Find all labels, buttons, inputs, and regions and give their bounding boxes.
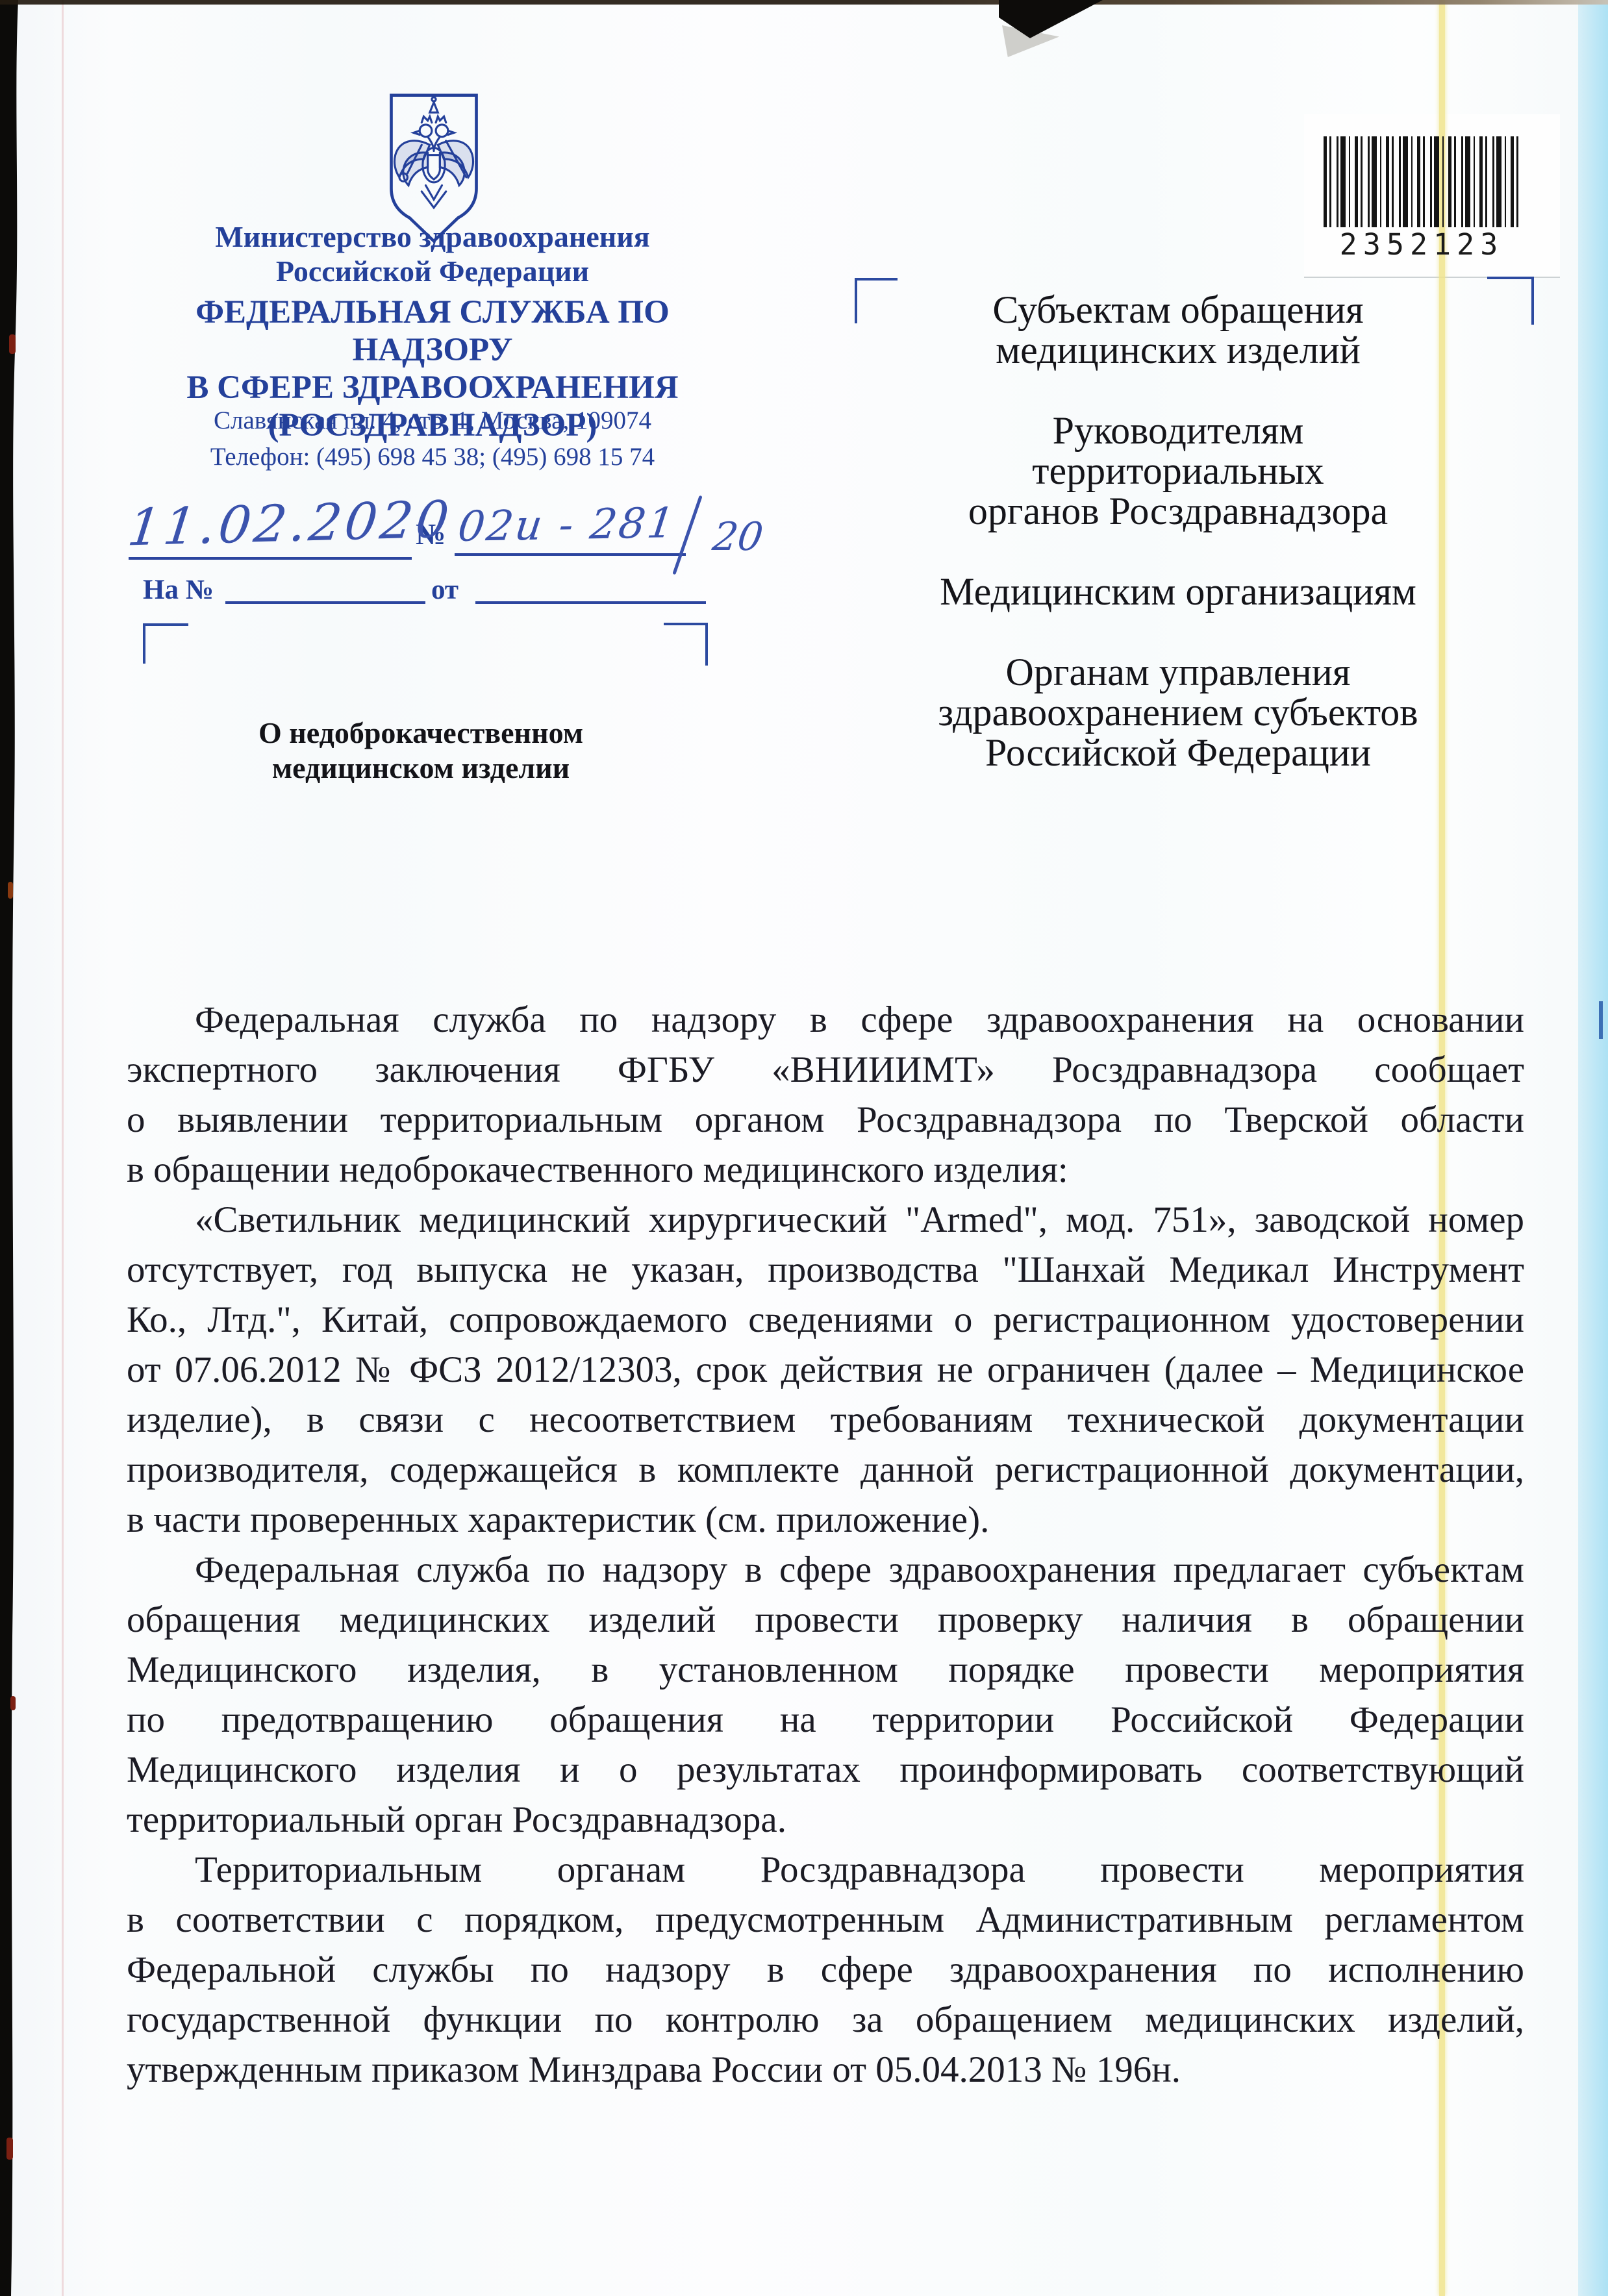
letterhead-address: Славянская пл. 4, стр. 1, Москва, 109074 [149, 403, 716, 439]
handwritten-number: 02и - 281 [455, 499, 679, 551]
scan-blue-dash [1599, 1001, 1603, 1039]
letterhead-phone: Телефон: (495) 698 45 38; (495) 698 15 7… [149, 439, 716, 475]
date-underline [129, 557, 412, 560]
number-underline [455, 553, 686, 556]
barcode-icon [1324, 136, 1520, 227]
body-line: по предотвращению обращения на территори… [127, 1695, 1524, 1745]
scan-red-speck [10, 1696, 16, 1710]
recipient-group: Субъектам обращениямедицинских изделий [904, 290, 1452, 370]
reply-to-number-label: На № [143, 574, 214, 606]
subject-line1: О недоброкачественном [239, 716, 603, 751]
handwritten-date: 11.02.2020 [125, 491, 455, 558]
service-line1: ФЕДЕРАЛЬНАЯ СЛУЖБА ПО НАДЗОРУ [130, 293, 735, 369]
body-line: Федеральная служба по надзору в сфере зд… [127, 1545, 1524, 1595]
body-line: Федеральной службы по надзору в сфере зд… [127, 1945, 1524, 1995]
letter-body: Федеральная служба по надзору в сфере зд… [127, 995, 1524, 2095]
recipient-line: Органам управления [904, 652, 1452, 692]
scan-red-speck [6, 2138, 13, 2160]
ministry-line1: Министерство здравоохранения [149, 219, 716, 254]
recipient-line: здравоохранением субъектов [904, 692, 1452, 732]
subject-line2: медицинском изделии [239, 751, 603, 786]
body-line: от 07.06.2012 № ФСЗ 2012/12303, срок дей… [127, 1345, 1524, 1395]
stamp-zone-bracket-left [143, 623, 188, 664]
body-line: о выявлении территориальным органом Росз… [127, 1095, 1524, 1145]
scan-top-edge [0, 0, 1608, 5]
body-line: Федеральная служба по надзору в сфере зд… [127, 995, 1524, 1045]
subject-block: О недоброкачественном медицинском издели… [239, 716, 603, 786]
recipient-group: Органам управленияздравоохранением субъе… [904, 652, 1452, 773]
ministry-line2: Российской Федерации [149, 254, 716, 288]
body-line: изделие), в связи с несоответствием треб… [127, 1395, 1524, 1445]
body-line: экспертного заключения ФГБУ «ВНИИИМТ» Ро… [127, 1045, 1524, 1095]
body-line: Ко., Лтд.", Китай, сопровождаемого сведе… [127, 1295, 1524, 1345]
recipient-line: органов Росздравнадзора [904, 491, 1452, 531]
body-line: Территориальным органам Росздравнадзора … [127, 1845, 1524, 1895]
stamp-zone-bracket-right [664, 623, 708, 666]
recipients-block: Субъектам обращениямедицинских изделийРу… [904, 290, 1452, 813]
body-line: государственной функции по контролю за о… [127, 1995, 1524, 2045]
addressee-zone-bracket-left [855, 278, 898, 323]
barcode-number: 2352123 [1317, 227, 1526, 262]
service-line2: В СФЕРЕ ЗДРАВООХРАНЕНИЯ [130, 369, 735, 406]
body-line: Медицинского изделия, в установленном по… [127, 1645, 1524, 1695]
addressee-zone-bracket-right [1487, 277, 1534, 325]
ministry-name: Министерство здравоохранения Российской … [149, 219, 716, 288]
recipient-line: Руководителям [904, 410, 1452, 451]
scan-red-speck [9, 334, 16, 354]
body-line: производителя, содержащейся в комплекте … [127, 1445, 1524, 1495]
handwritten-number-suffix: 20 [710, 514, 766, 560]
body-line: территориальный орган Росздравнадзора. [127, 1795, 1524, 1845]
reply-number-blank [225, 601, 425, 604]
body-line: «Светильник медицинский хирургический "A… [127, 1195, 1524, 1245]
reply-from-label: от [431, 574, 459, 606]
body-line: Медицинского изделия и о результатах про… [127, 1745, 1524, 1795]
scan-red-speck [8, 882, 13, 899]
scan-right-edge-band [1578, 0, 1608, 2296]
recipient-line: Медицинским организациям [904, 571, 1452, 612]
body-line: отсутствует, год выпуска не указан, прои… [127, 1245, 1524, 1295]
recipient-line: территориальных [904, 451, 1452, 491]
body-line: утвержденным приказом Минздрава России о… [127, 2045, 1524, 2095]
scanned-letter-page: Министерство здравоохранения Российской … [0, 0, 1608, 2296]
recipient-group: Медицинским организациям [904, 571, 1452, 612]
recipient-line: медицинских изделий [904, 330, 1452, 370]
recipient-group: Руководителямтерриториальныхорганов Росз… [904, 410, 1452, 531]
reply-date-blank [475, 601, 706, 604]
body-line: в обращении недоброкачественного медицин… [127, 1145, 1524, 1195]
recipient-line: Субъектам обращения [904, 290, 1452, 330]
scan-pink-line [62, 0, 64, 2296]
body-line: в соответствии с порядком, предусмотренн… [127, 1895, 1524, 1945]
recipient-line: Российской Федерации [904, 732, 1452, 773]
body-line: обращения медицинских изделий провести п… [127, 1595, 1524, 1645]
body-line: в части проверенных характеристик (см. п… [127, 1495, 1524, 1545]
